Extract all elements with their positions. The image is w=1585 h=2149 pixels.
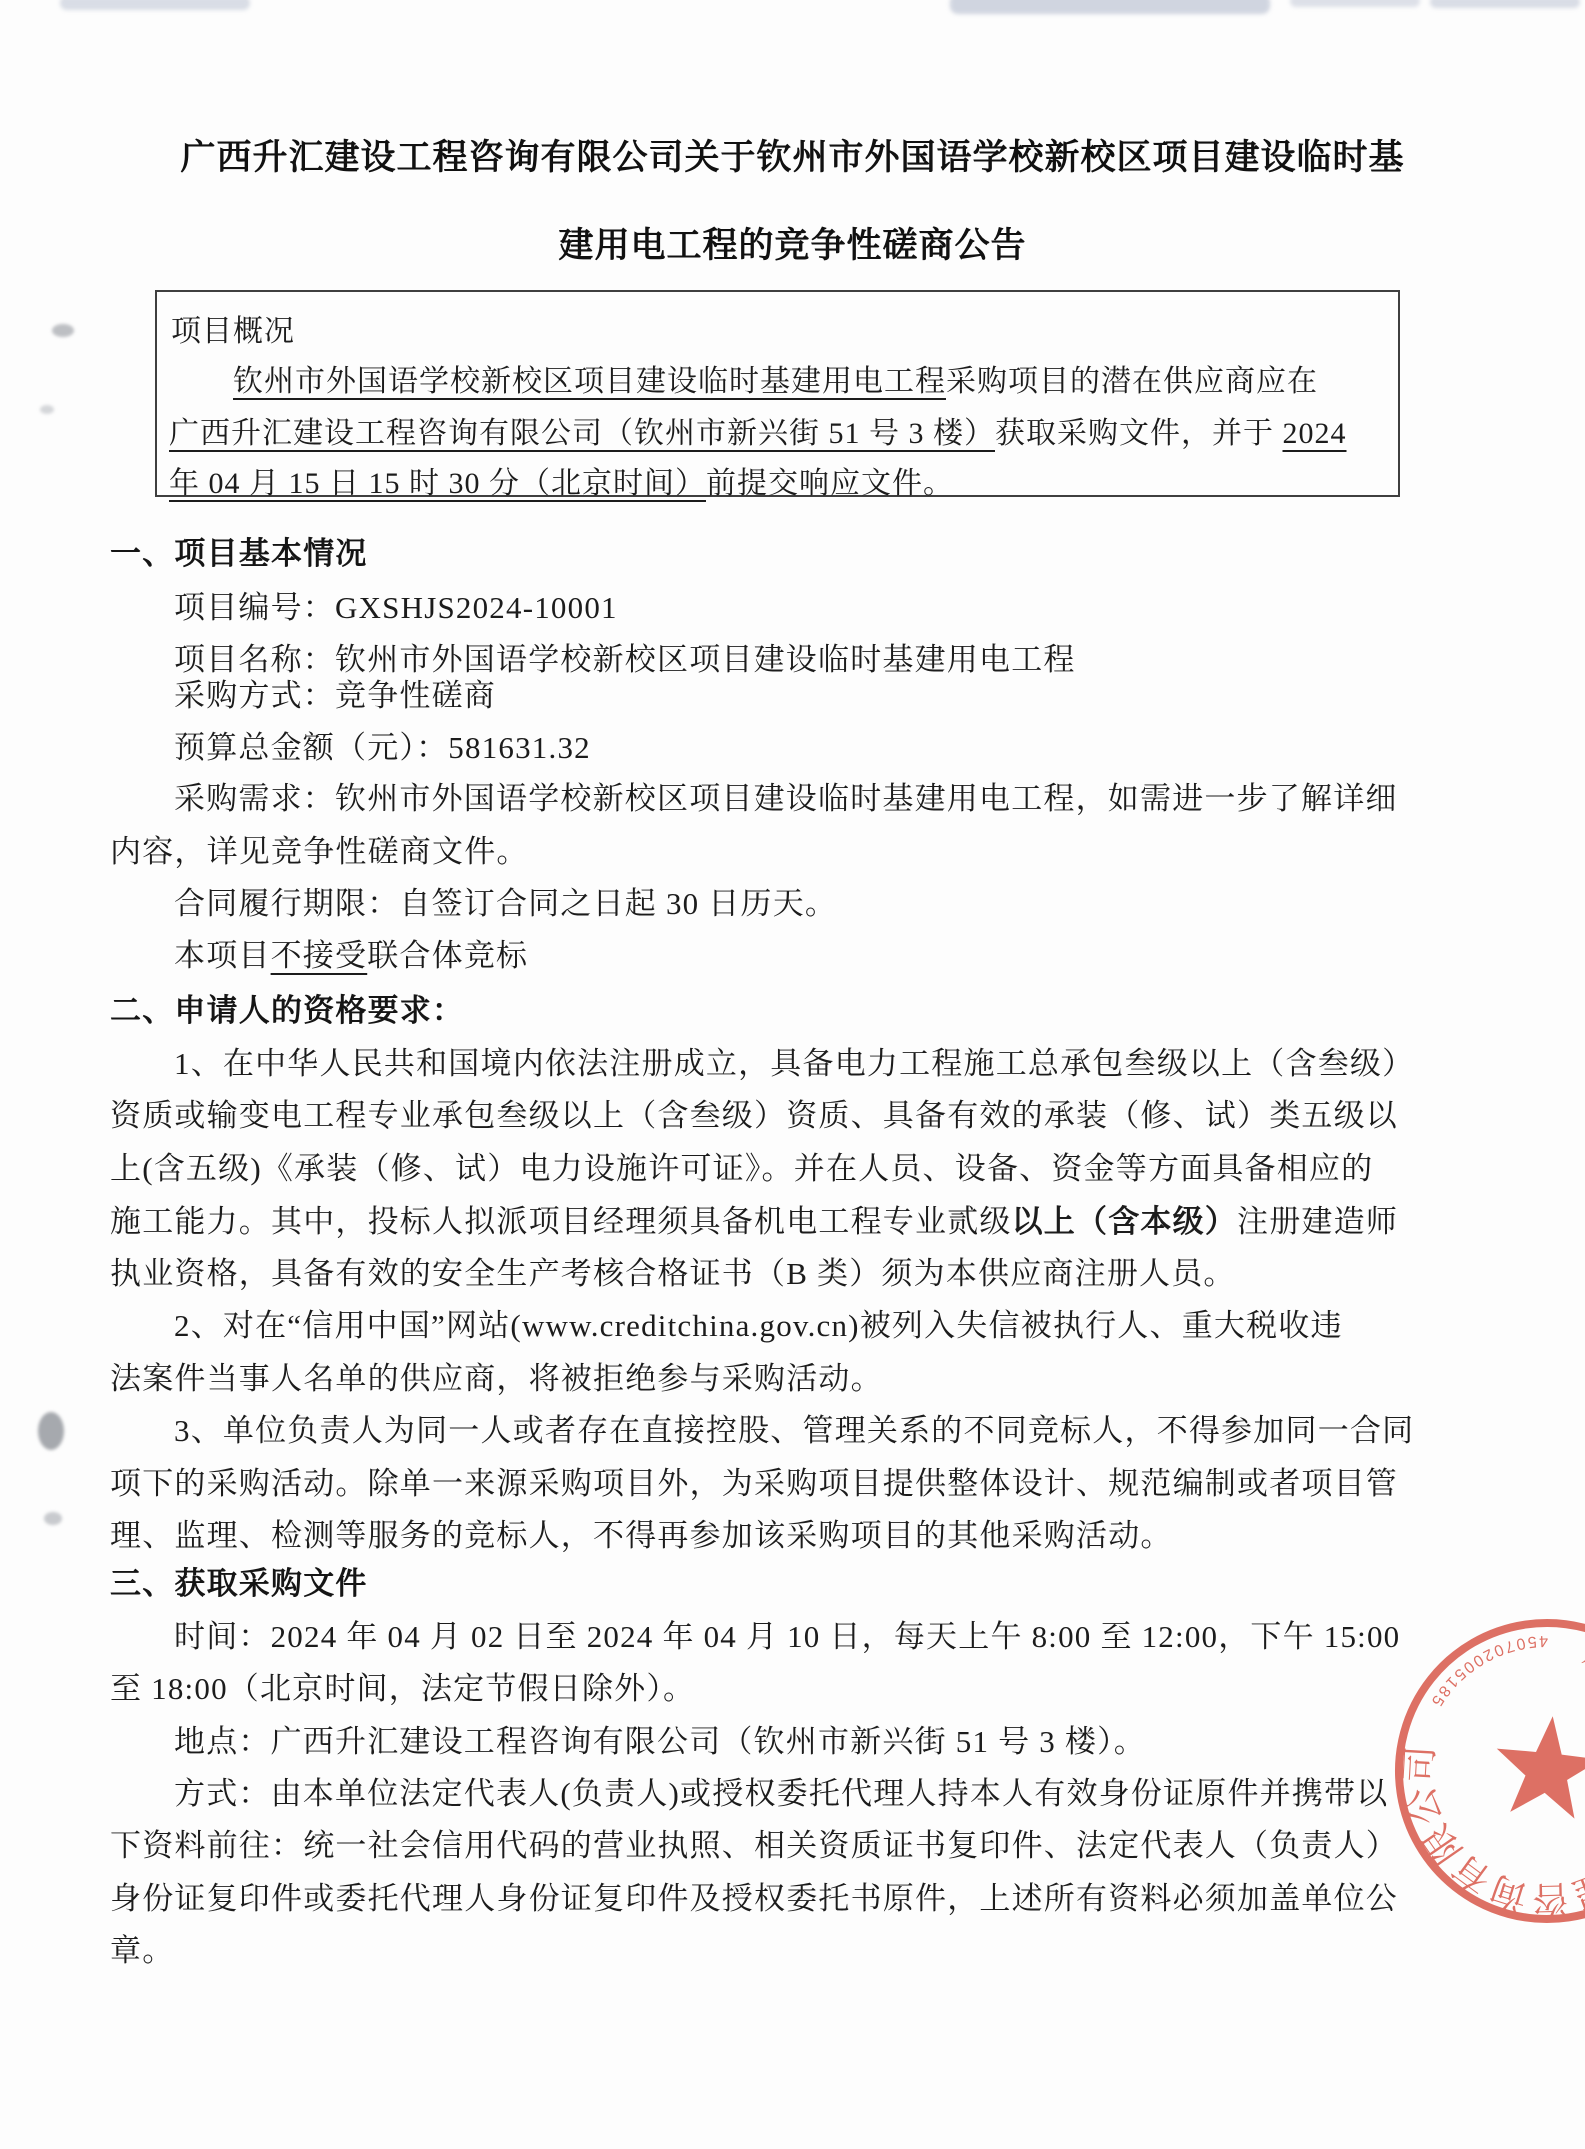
svg-text:450702005185: 450702005185 xyxy=(1417,1615,1556,1715)
line-budget: 预算总金额（元）：581631.32 xyxy=(174,722,591,767)
consortium-underlined: 不接受 xyxy=(271,938,368,973)
line-time-1: 时间：2024 年 04 月 02 日至 2024 年 04 月 10 日，每天… xyxy=(174,1611,1400,1656)
overview-line-1: 钦州市外国语学校新校区项目建设临时基建用电工程采购项目的潜在供应商应在 xyxy=(233,356,1318,400)
line-qual1-2: 资质或输变电工程专业承包叁级以上（含叁级）资质、具备有效的承装（修、试）类五级以 xyxy=(110,1090,1398,1135)
overview-line1-underlined: 钦州市外国语学校新校区项目建设临时基建用电工程 xyxy=(233,365,946,398)
overview-heading-text: 项目概况 xyxy=(171,315,295,348)
consortium-pre: 本项目 xyxy=(174,938,271,973)
company-seal: 广西升汇建设工程咨询有限公司 450702005185 xyxy=(1387,1611,1585,1931)
overview-line3-plain: 前提交响应文件。 xyxy=(706,467,954,500)
overview-line-3: 年 04 月 15 日 15 时 30 分（北京时间）前提交响应文件。 xyxy=(169,458,954,502)
overview-heading: 项目概况 xyxy=(171,306,295,350)
seal-code-text: 450702005185 xyxy=(1417,1615,1556,1715)
line-procurement-method: 采购方式：竞争性磋商 xyxy=(174,670,496,715)
scan-artifact xyxy=(38,1412,64,1450)
overview-line1-plain: 采购项目的潜在供应商应在 xyxy=(946,365,1318,398)
scan-artifact xyxy=(1430,0,1580,8)
line-project-no: 项目编号：GXSHJS2024-10001 xyxy=(174,582,618,627)
line-demand-1: 采购需求：钦州市外国语学校新校区项目建设临时基建用电工程，如需进一步了解详细 xyxy=(174,773,1398,818)
document-page: 广西升汇建设工程咨询有限公司关于钦州市外国语学校新校区项目建设临时基 建用电工程… xyxy=(0,0,1585,2149)
line-qual3-3: 理、监理、检测等服务的竞标人，不得再参加该采购项目的其他采购活动。 xyxy=(110,1510,1173,1555)
line-time-2: 至 18:00（北京时间，法定节假日除外）。 xyxy=(110,1663,695,1708)
line-demand-2: 内容，详见竞争性磋商文件。 xyxy=(110,826,529,871)
line-qual1-4: 施工能力。其中，投标人拟派项目经理须具备机电工程专业贰级以上（含本级）注册建造师 xyxy=(110,1196,1398,1241)
line-contract-period: 合同履行期限：自签订合同之日起 30 日历天。 xyxy=(174,878,837,923)
line-location: 地点：广西升汇建设工程咨询有限公司（钦州市新兴街 51 号 3 楼）。 xyxy=(174,1716,1146,1761)
line-method-3: 身份证复印件或委托代理人身份证复印件及授权委托书原件，上述所有资料必须加盖单位公 xyxy=(110,1873,1398,1918)
scan-artifact xyxy=(52,324,74,337)
seal-star-icon xyxy=(1479,1706,1585,1844)
overview-line2-underlined-1: 广西升汇建设工程咨询有限公司（钦州市新兴街 51 号 3 楼） xyxy=(169,417,995,450)
scan-artifact xyxy=(40,405,54,414)
title-line-1: 广西升汇建设工程咨询有限公司关于钦州市外国语学校新校区项目建设临时基 xyxy=(0,114,1585,202)
scan-artifact xyxy=(950,0,1270,14)
line-qual2-2: 法案件当事人名单的供应商，将被拒绝参与采购活动。 xyxy=(110,1353,883,1398)
qual1-4-post: 注册建造师 xyxy=(1237,1204,1398,1239)
qual1-4-bold: 以上（含本级） xyxy=(1012,1204,1237,1239)
overview-line-2: 广西升汇建设工程咨询有限公司（钦州市新兴街 51 号 3 楼）获取采购文件，并于… xyxy=(169,408,1347,452)
document-title: 广西升汇建设工程咨询有限公司关于钦州市外国语学校新校区项目建设临时基 建用电工程… xyxy=(0,114,1585,290)
overview-line3-underlined: 年 04 月 15 日 15 时 30 分（北京时间） xyxy=(169,467,706,500)
line-method-4: 章。 xyxy=(110,1925,174,1970)
line-qual3-2: 项下的采购活动。除单一来源采购项目外，为采购项目提供整体设计、规范编制或者项目管 xyxy=(110,1458,1398,1503)
overview-line2-underlined-2: 2024 xyxy=(1283,417,1347,450)
line-qual1-5: 执业资格，具备有效的安全生产考核合格证书（B 类）须为本供应商注册人员。 xyxy=(110,1248,1236,1293)
project-overview-box: 项目概况 钦州市外国语学校新校区项目建设临时基建用电工程采购项目的潜在供应商应在… xyxy=(155,290,1400,497)
section2-heading: 二、申请人的资格要求： xyxy=(110,985,464,1030)
consortium-post: 联合体竞标 xyxy=(367,938,528,973)
title-line-2: 建用电工程的竞争性磋商公告 xyxy=(0,202,1585,290)
section3-heading: 三、获取采购文件 xyxy=(110,1558,368,1603)
line-qual1-3: 上(含五级)《承装（修、试）电力设施许可证》。并在人员、设备、资金等方面具备相应… xyxy=(110,1143,1373,1188)
line-qual2-1: 2、对在“信用中国”网站(www.creditchina.gov.cn)被列入失… xyxy=(174,1300,1343,1345)
overview-line2-plain: 获取采购文件，并于 xyxy=(995,417,1283,450)
scan-artifact xyxy=(44,1512,62,1525)
line-method-2: 下资料前往：统一社会信用代码的营业执照、相关资质证书复印件、法定代表人（负责人） xyxy=(110,1820,1398,1865)
section1-heading: 一、项目基本情况 xyxy=(110,528,368,573)
line-consortium: 本项目不接受联合体竞标 xyxy=(174,930,528,975)
line-qual3-1: 3、单位负责人为同一人或者存在直接控股、管理关系的不同竞标人，不得参加同一合同 xyxy=(174,1405,1414,1450)
qual1-4-pre: 施工能力。其中，投标人拟派项目经理须具备机电工程专业贰级 xyxy=(110,1204,1012,1239)
line-qual1-1: 1、在中华人民共和国境内依法注册成立，具备电力工程施工总承包叁级以上（含叁级） xyxy=(174,1038,1414,1083)
line-method-1: 方式：由本单位法定代表人(负责人)或授权委托代理人持本人有效身份证原件并携带以 xyxy=(174,1768,1388,1813)
scan-artifact xyxy=(1290,0,1420,7)
scan-artifact xyxy=(60,0,250,10)
